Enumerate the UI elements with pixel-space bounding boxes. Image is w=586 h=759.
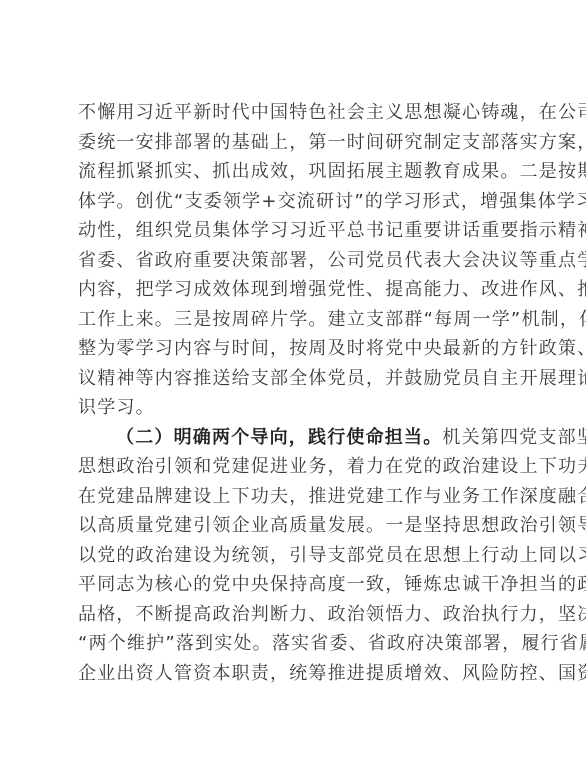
text-line: 识学习。 [78,393,508,423]
text-line: 体学。创优“支委领学+交流研讨”的学习形式，增强集体学习互 [78,187,508,217]
text-line: 思想政治引领和党建促进业务，着力在党的政治建设上下功夫， [78,452,508,482]
text-line: 在党建品牌建设上下功夫，推进党建工作与业务工作深度融合， [78,482,508,512]
paragraph-study-methods: 不懈用习近平新时代中国特色社会主义思想凝心铸魂，在公司党 委统一安排部署的基础上… [78,98,508,423]
document-body: 不懈用习近平新时代中国特色社会主义思想凝心铸魂，在公司党 委统一安排部署的基础上… [78,98,508,688]
text-line: 整为零学习内容与时间，按周及时将党中央最新的方针政策、会 [78,334,508,364]
text-line: 议精神等内容推送给支部全体党员，并鼓励党员自主开展理论知 [78,364,508,394]
document-page: 不懈用习近平新时代中国特色社会主义思想凝心铸魂，在公司党 委统一安排部署的基础上… [0,0,586,759]
text-line: 企业出资人管资本职责，统筹推进提质增效、风险防控、国资布 [78,659,508,689]
text-line: “两个维护”落到实处。落实省委、省政府决策部署，履行省属 [78,629,508,659]
text-line: 以党的政治建设为统领，引导支部党员在思想上行动上同以习近 [78,541,508,571]
text-line: 以高质量党建引领企业高质量发展。一是坚持思想政治引领导向。 [78,511,508,541]
text-line: 不懈用习近平新时代中国特色社会主义思想凝心铸魂，在公司党 [78,98,508,128]
heading-followup-text: 机关第四党支部坚持 [442,427,586,448]
text-line: 工作上来。三是按周碎片学。建立支部群“每周一学”机制，化 [78,305,508,335]
text-line: 省委、省政府重要决策部署，公司党员代表大会决议等重点学习 [78,246,508,276]
text-line: 平同志为核心的党中央保持高度一致，锤炼忠诚干净担当的政治 [78,570,508,600]
text-line: 动性，组织党员集体学习习近平总书记重要讲话重要指示精神， [78,216,508,246]
text-line: 流程抓紧抓实、抓出成效，巩固拓展主题教育成果。二是按期集 [78,157,508,187]
paragraph-two-orientations: （二）明确两个导向，践行使命担当。机关第四党支部坚持 思想政治引领和党建促进业务… [78,423,508,689]
text-line-with-heading: （二）明确两个导向，践行使命担当。机关第四党支部坚持 [78,423,508,453]
text-line: 品格，不断提高政治判断力、政治领悟力、政治执行力，坚决把 [78,600,508,630]
text-line: 委统一安排部署的基础上，第一时间研究制定支部落实方案，全 [78,128,508,158]
section-heading: （二）明确两个导向，践行使命担当。 [116,427,442,448]
text-line: 内容，把学习成效体现到增强党性、提高能力、改进作风、推动 [78,275,508,305]
